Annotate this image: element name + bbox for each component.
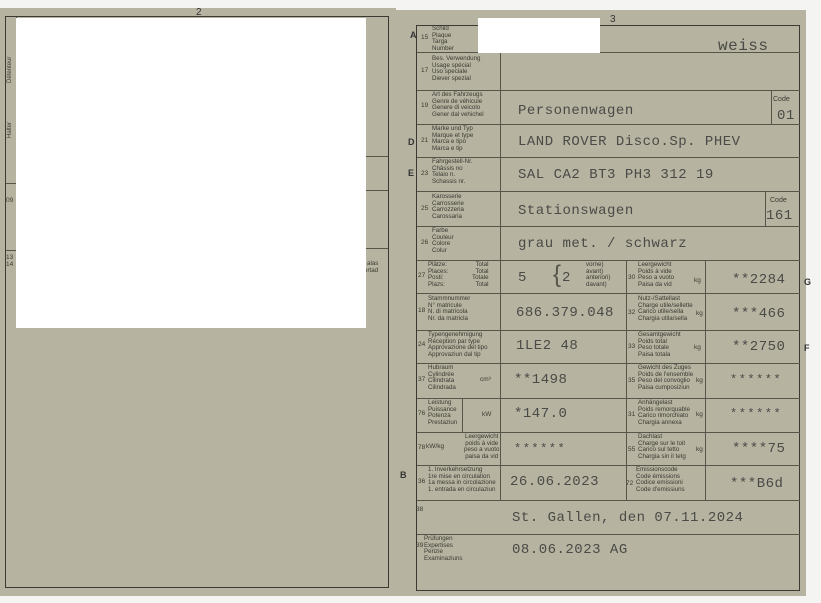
side-letter-e: E [408, 168, 414, 178]
detenteur-label: Détenteur [7, 57, 13, 83]
row-divider [417, 500, 800, 501]
field-number: 35 [628, 377, 635, 384]
seats-label: Plätze:Places:Posti:Plazs: [428, 262, 448, 288]
row-number: 14 [6, 261, 13, 268]
vehicle-type-label: Art des FahrzeugsGenre de véhiculeGenere… [432, 92, 484, 118]
unit-label: cm³ [480, 376, 491, 383]
roof-load-label: DachlastCharge sur le toitCarico sul tet… [638, 434, 686, 460]
plate-value: weiss [718, 37, 769, 55]
type-approval-value: 1LE2 48 [516, 338, 578, 354]
body-value: Stationswagen [518, 203, 634, 219]
side-letter-d: D [408, 137, 415, 147]
unit-label: kg [696, 310, 703, 317]
code-divider [771, 91, 772, 124]
row-divider [417, 293, 800, 294]
row-divider [417, 191, 800, 192]
field-number: 18 [418, 307, 425, 314]
vehicle-type-code: 01 [777, 108, 795, 124]
field-number: 38 [416, 506, 423, 513]
field-number: 23 [421, 170, 428, 177]
power-label: LeistungPuissancePotenzaPrestaziun [428, 400, 457, 426]
type-approval-label: TypengenehmigungRéception par typeApprov… [428, 332, 488, 358]
row-divider [417, 260, 800, 261]
field-number: 31 [628, 411, 635, 418]
make-model-value: LAND ROVER Disco.Sp. PHEV [518, 134, 741, 150]
make-model-label: Marke und TypMarque et typeMarca e tipoM… [432, 126, 473, 152]
place-date-value: St. Gallen, den 07.11.2024 [512, 510, 743, 526]
divider [366, 156, 388, 157]
row-divider [417, 398, 800, 399]
registry-no-label: StammnummerN° matriculeN. di matricolaNr… [428, 296, 470, 322]
left-page: 2 Halter Détenteur 09 13 14 alas ortad [0, 8, 396, 596]
roof-load-value: ****75 [732, 441, 785, 457]
emission-code-value: ***B6d [730, 476, 783, 492]
empty-weight-label: LeergewichtPoids à videPeso a vuotoPaisa… [638, 262, 674, 288]
row-number: 09 [6, 197, 13, 204]
total-weight-value: **2750 [732, 339, 785, 355]
plate-label: SchildPlaqueTargaNumber [432, 26, 454, 52]
inspections-value: 08.06.2023 AG [512, 542, 628, 558]
row-divider [417, 157, 800, 158]
redacted-area [16, 18, 366, 328]
divider [366, 190, 388, 191]
divider [6, 250, 16, 251]
train-weight-value: ****** [730, 373, 782, 387]
seats-value: 5 [518, 270, 527, 286]
field-number: 25 [421, 205, 428, 212]
side-letter-b: B [400, 470, 407, 480]
field-number: 37 [418, 376, 425, 383]
field-number: 33 [628, 343, 635, 350]
side-letter-a: A [410, 30, 417, 40]
payload-label: Nutz-/SattellastCharge utile/selletteCar… [638, 296, 693, 322]
side-letter-g: G [804, 277, 811, 287]
field-number: 24 [418, 341, 425, 348]
divider [6, 183, 16, 184]
field-number: 26 [421, 239, 428, 246]
color-value: grau met. / schwarz [518, 236, 687, 252]
train-weight-label: Gewicht des ZugesPoids de l'ensemblePeso… [638, 365, 693, 391]
payload-value: ***466 [732, 306, 785, 322]
seats-total-label: TotalTotalTotaleTotal [472, 262, 489, 288]
row-divider [417, 534, 800, 535]
emission-code-label: EmissionscodeCode émissionsCodice emissi… [636, 467, 685, 493]
partial-label: ortad [364, 268, 378, 275]
page-number-right: 3 [610, 14, 616, 25]
body-code: 161 [766, 208, 793, 224]
unit-label: kg [694, 344, 701, 351]
side-letter-f: F [804, 343, 810, 353]
column-divider [705, 261, 706, 500]
unit-label: kW [482, 411, 491, 418]
displacement-value: **1498 [514, 372, 567, 388]
first-registration-label: 1. Inverkehrsetzung1re mise en circulati… [428, 467, 496, 493]
trailer-load-value: ****** [730, 407, 782, 421]
field-number: 39 [416, 542, 423, 549]
row-divider [417, 226, 800, 227]
unit-label: kg [696, 377, 703, 384]
brace: { [553, 263, 561, 287]
row-divider [417, 124, 800, 125]
field-number: 76 [418, 410, 425, 417]
field-number: 78 [418, 444, 425, 451]
field-number: 30 [628, 274, 635, 281]
redacted-plate-number [478, 18, 600, 53]
power-weight-value: ****** [514, 442, 566, 456]
column-divider [462, 399, 463, 432]
code-label: Code [773, 96, 790, 103]
front-seats-label: vorne)avant)anteriori)davant) [586, 262, 610, 288]
total-weight-label: GesamtgewichtPoids totalPeso totalePaisa… [638, 332, 681, 358]
chassis-value: SAL CA2 BT3 PH3 312 19 [518, 167, 714, 183]
field-number: 55 [628, 446, 635, 453]
chassis-label: Fahrgestell-Nr.Châssis noTelaio n.Schass… [432, 159, 473, 185]
trailer-load-label: AnhängelastPoids remorquableCarico rimor… [638, 400, 690, 426]
field-number: 32 [628, 309, 635, 316]
field-number: 15 [421, 34, 428, 41]
unit-label: kg [696, 411, 703, 418]
field-number: 17 [421, 67, 428, 74]
registry-no-value: 686.379.048 [516, 305, 614, 321]
first-registration-value: 26.06.2023 [510, 474, 599, 490]
code-label: Code [770, 197, 787, 204]
special-use-label: Bes. VerwendungUsage spécialUso speciale… [432, 56, 481, 82]
body-label: KarosserieCarrosserieCarrozzeriaCarossar… [432, 194, 464, 220]
holder-label: Halter [7, 122, 13, 138]
unit-label: kg [696, 446, 703, 453]
row-number: 13 [6, 254, 13, 261]
vehicle-type-value: Personenwagen [518, 103, 634, 119]
divider [366, 248, 388, 249]
field-number: 36 [418, 478, 425, 485]
column-divider [626, 261, 627, 500]
row-divider [417, 363, 800, 364]
field-number: 27 [418, 272, 425, 279]
power-weight-unit: kW/kg [426, 444, 444, 451]
color-label: FarbeCouleurColoreColur [432, 228, 454, 254]
right-page: 3 A D E G F B 15 SchildPlaqueTargaNumber… [396, 10, 806, 596]
field-number: 19 [421, 102, 428, 109]
power-weight-label: Leergewichtpoids à videpeso a vuotopaisa… [464, 434, 499, 460]
field-number: 72 [626, 480, 633, 487]
column-divider [500, 53, 501, 500]
unit-label: kg [694, 277, 701, 284]
inspections-label: PrüfungenExpertisesPerizieExaminaziuns [424, 536, 463, 562]
empty-weight-value: **2284 [732, 272, 785, 288]
field-number: 21 [421, 137, 428, 144]
power-value: *147.0 [514, 406, 567, 422]
front-seats-value: 2 [562, 270, 571, 286]
displacement-label: HubraumCylindréeCilindrataCilindrada [428, 365, 456, 391]
